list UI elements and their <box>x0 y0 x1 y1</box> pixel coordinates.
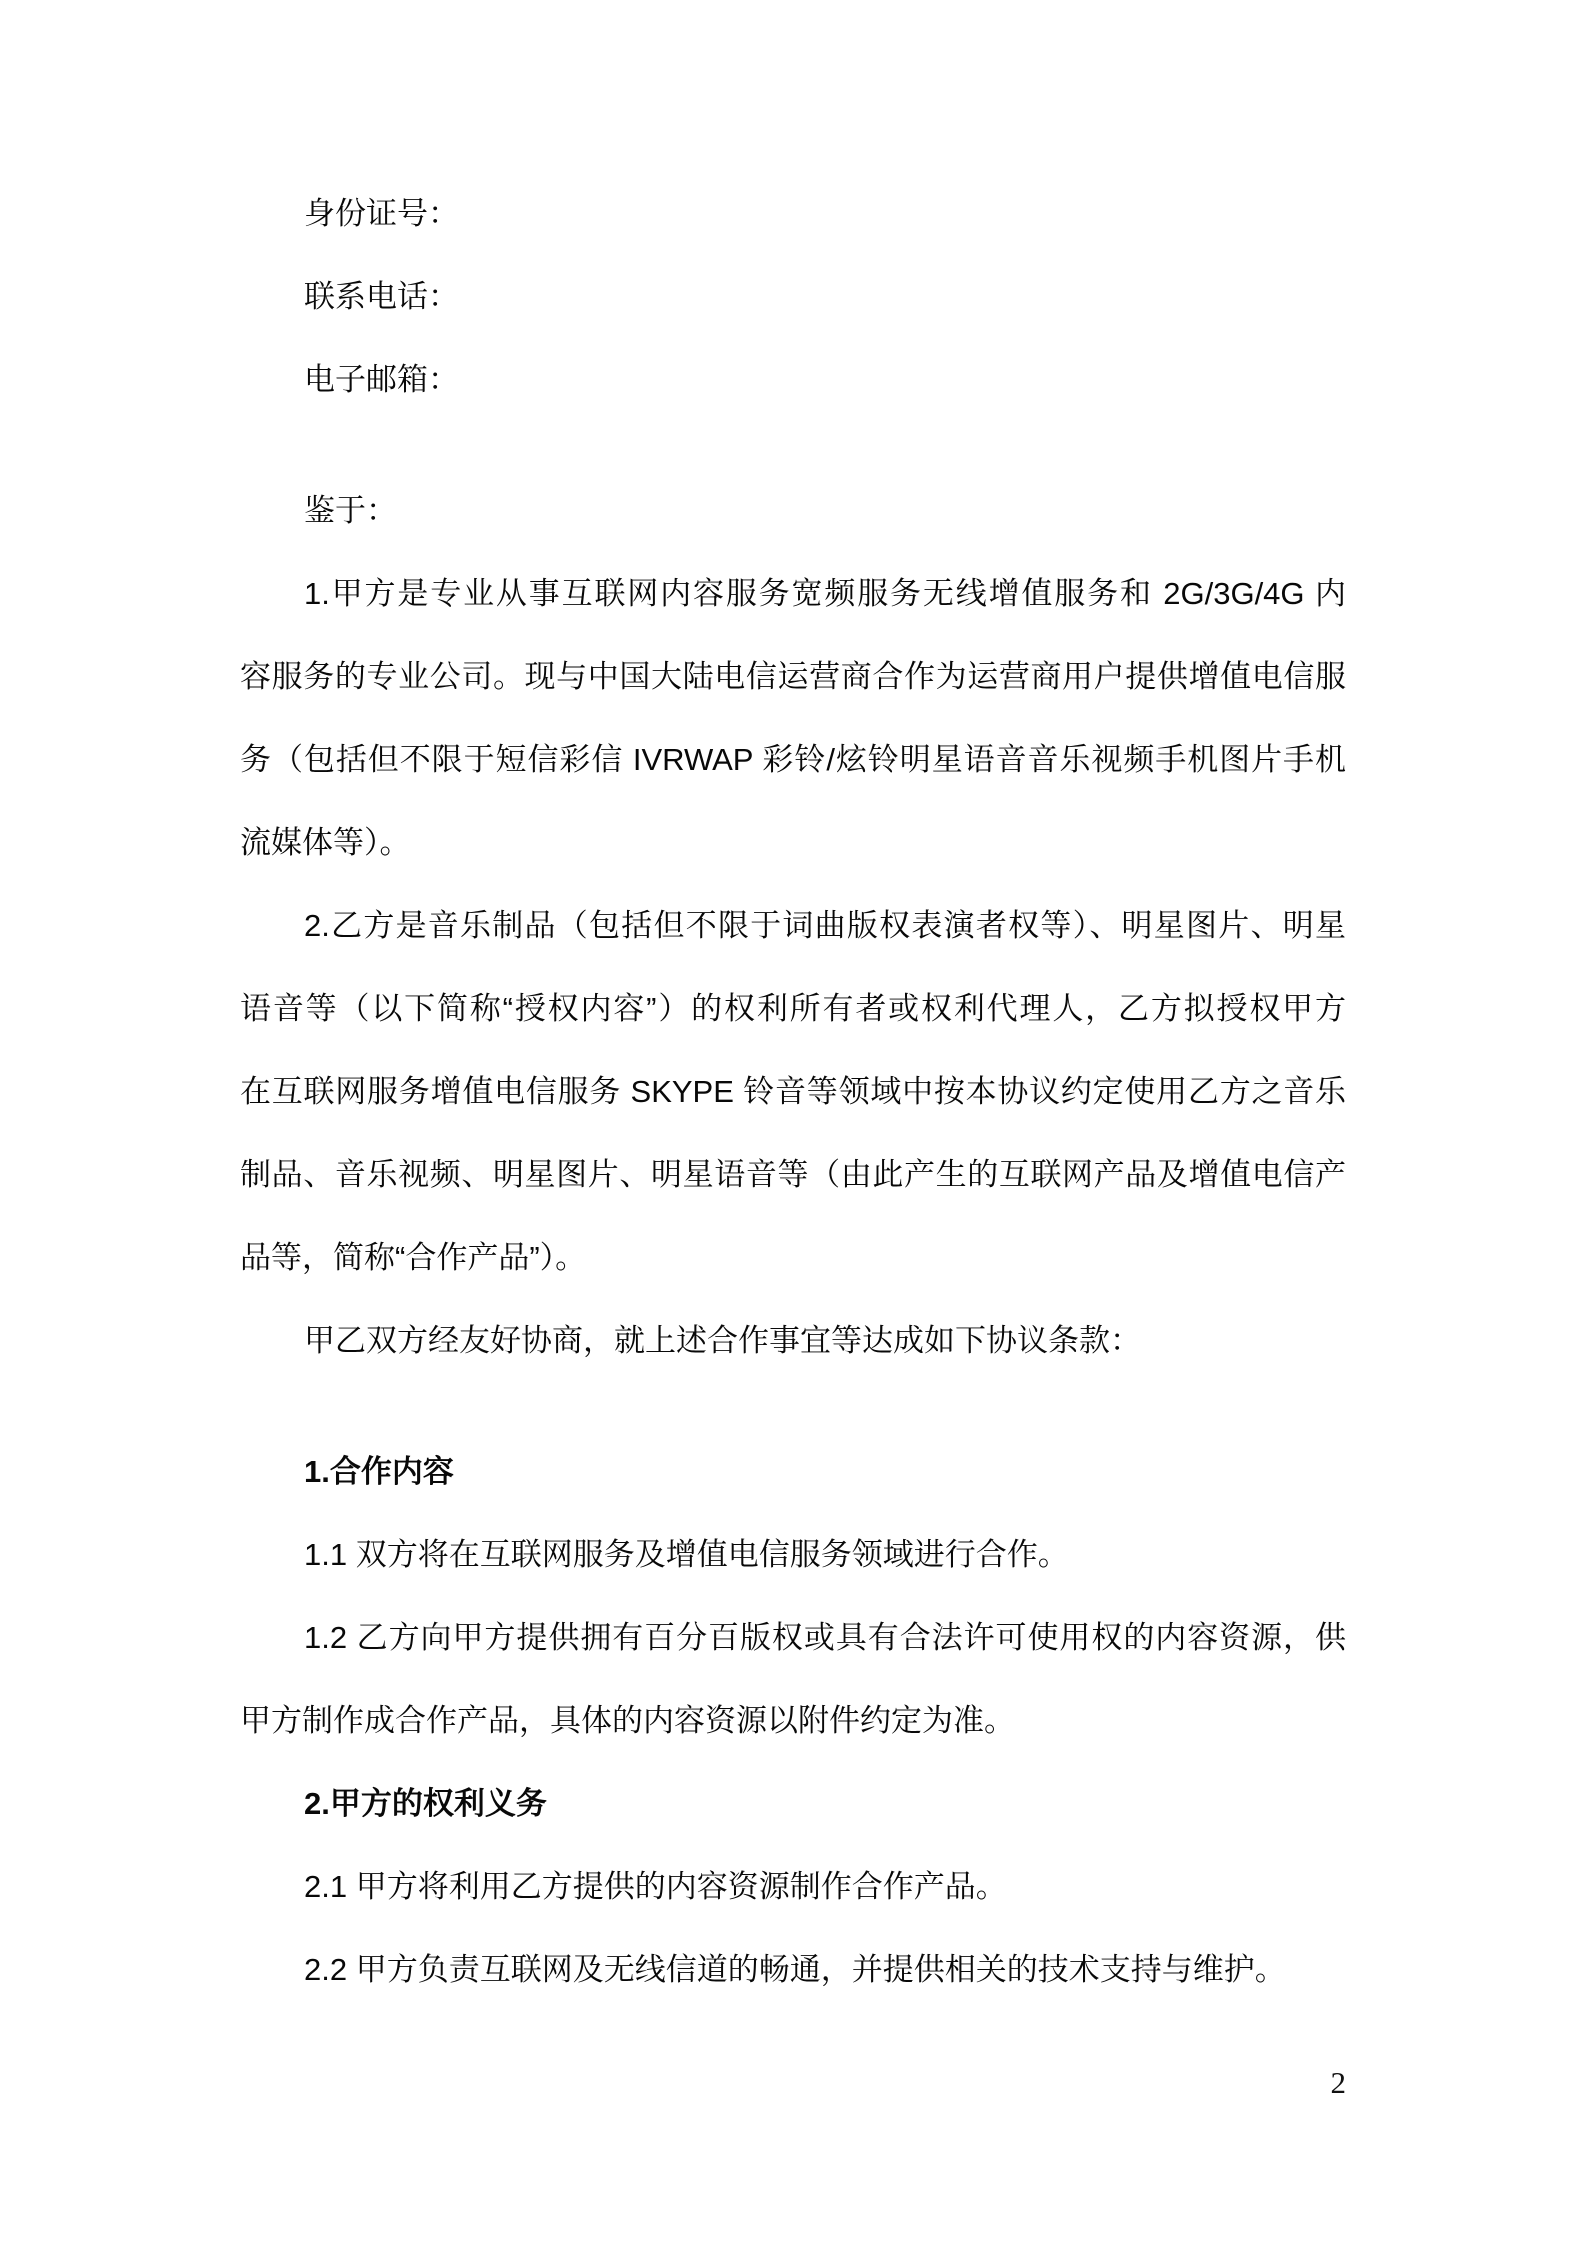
document-body: 身份证号： 联系电话： 电子邮箱： 鉴于： 1.甲方是专业从事互联网内容服务宽频… <box>240 172 1346 2011</box>
line-phone-label: 联系电话： <box>240 255 1346 338</box>
clause-1-1: 1.1 双方将在互联网服务及增值电信服务领域进行合作。 <box>240 1513 1346 1596</box>
line-whereas-label: 鉴于： <box>240 469 1346 552</box>
document-page: 身份证号： 联系电话： 电子邮箱： 鉴于： 1.甲方是专业从事互联网内容服务宽频… <box>0 0 1586 2244</box>
blank-line <box>240 421 1346 469</box>
clause-2-2: 2.2 甲方负责互联网及无线信道的畅通，并提供相关的技术支持与维护。 <box>240 1928 1346 2011</box>
clause-1-2-line-1: 1.2 乙方向甲方提供拥有百分百版权或具有合法许可使用权的内容资源，供 <box>240 1596 1346 1679</box>
recital-party-a-line-3: 务（包括但不限于短信彩信 IVRWAP 彩铃/炫铃明星语音音乐视频手机图片手机 <box>240 718 1346 801</box>
heading-section-2-party-a-rights-obligations: 2.甲方的权利义务 <box>240 1762 1346 1845</box>
recital-party-b-line-2: 语音等（以下简称“授权内容”）的权利所有者或权利代理人，乙方拟授权甲方 <box>240 967 1346 1050</box>
blank-line <box>240 1382 1346 1430</box>
page-number: 2 <box>1331 2065 1347 2100</box>
heading-section-1-cooperation-content: 1.合作内容 <box>240 1430 1346 1513</box>
recital-party-b-line-1: 2.乙方是音乐制品（包括但不限于词曲版权表演者权等）、明星图片、明星 <box>240 884 1346 967</box>
line-id-number-label: 身份证号： <box>240 172 1346 255</box>
line-agreement-intro: 甲乙双方经友好协商，就上述合作事宜等达成如下协议条款： <box>240 1299 1346 1382</box>
clause-1-2-line-2: 甲方制作成合作产品，具体的内容资源以附件约定为准。 <box>240 1679 1346 1762</box>
recital-party-b-line-3: 在互联网服务增值电信服务 SKYPE 铃音等领域中按本协议约定使用乙方之音乐 <box>240 1050 1346 1133</box>
recital-party-a-line-2: 容服务的专业公司。现与中国大陆电信运营商合作为运营商用户提供增值电信服 <box>240 635 1346 718</box>
clause-2-1: 2.1 甲方将利用乙方提供的内容资源制作合作产品。 <box>240 1845 1346 1928</box>
page-footer: 2 <box>240 2062 1346 2104</box>
recital-party-a-line-1: 1.甲方是专业从事互联网内容服务宽频服务无线增值服务和 2G/3G/4G 内 <box>240 552 1346 635</box>
recital-party-a-line-4: 流媒体等）。 <box>240 801 1346 884</box>
line-email-label: 电子邮箱： <box>240 338 1346 421</box>
recital-party-b-line-5: 品等，简称“合作产品”）。 <box>240 1216 1346 1299</box>
recital-party-b-line-4: 制品、音乐视频、明星图片、明星语音等（由此产生的互联网产品及增值电信产 <box>240 1133 1346 1216</box>
